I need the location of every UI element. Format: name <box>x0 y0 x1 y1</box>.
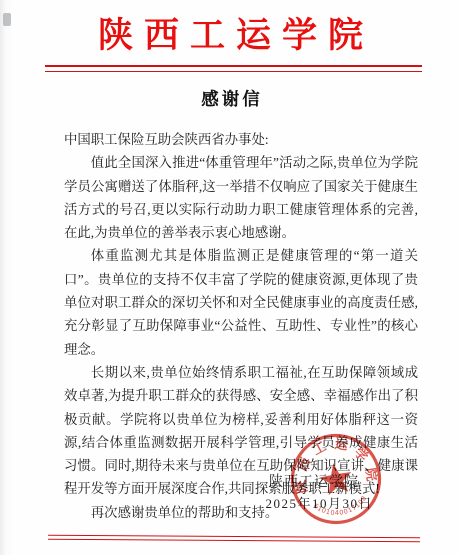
letter-page: 陕西工运学院 感谢信 中国职工保险互助会陕西省办事处: 值此全国深入推进“体重管… <box>0 0 461 555</box>
header-divider <box>45 65 422 72</box>
bottom-divider <box>48 535 420 543</box>
letterhead-title: 陕西工运学院 <box>0 8 461 58</box>
paragraph: 值此全国深入推进“体重管理年”活动之际,贵单位为学院学员公寓赠送了体脂秤,这一举… <box>64 151 418 244</box>
letter-title: 感谢信 <box>0 86 461 111</box>
date: 2025年10月30日 <box>265 493 373 512</box>
signature: 陕西工运学院 <box>269 471 359 491</box>
paragraph: 体重监测尤其是体脂监测正是健康管理的“第一道关口”。贵单位的支持不仅丰富了学院的… <box>64 244 418 360</box>
paragraph: 长期以来,贵单位始终情系职工福祉,在互助保障领域成效卓著,为提升职工群众的获得感… <box>64 361 418 501</box>
letter-body: 中国职工保险互助会陕西省办事处: 值此全国深入推进“体重管理年”活动之际,贵单位… <box>64 128 418 524</box>
salutation: 中国职工保险互助会陕西省办事处: <box>64 128 418 151</box>
